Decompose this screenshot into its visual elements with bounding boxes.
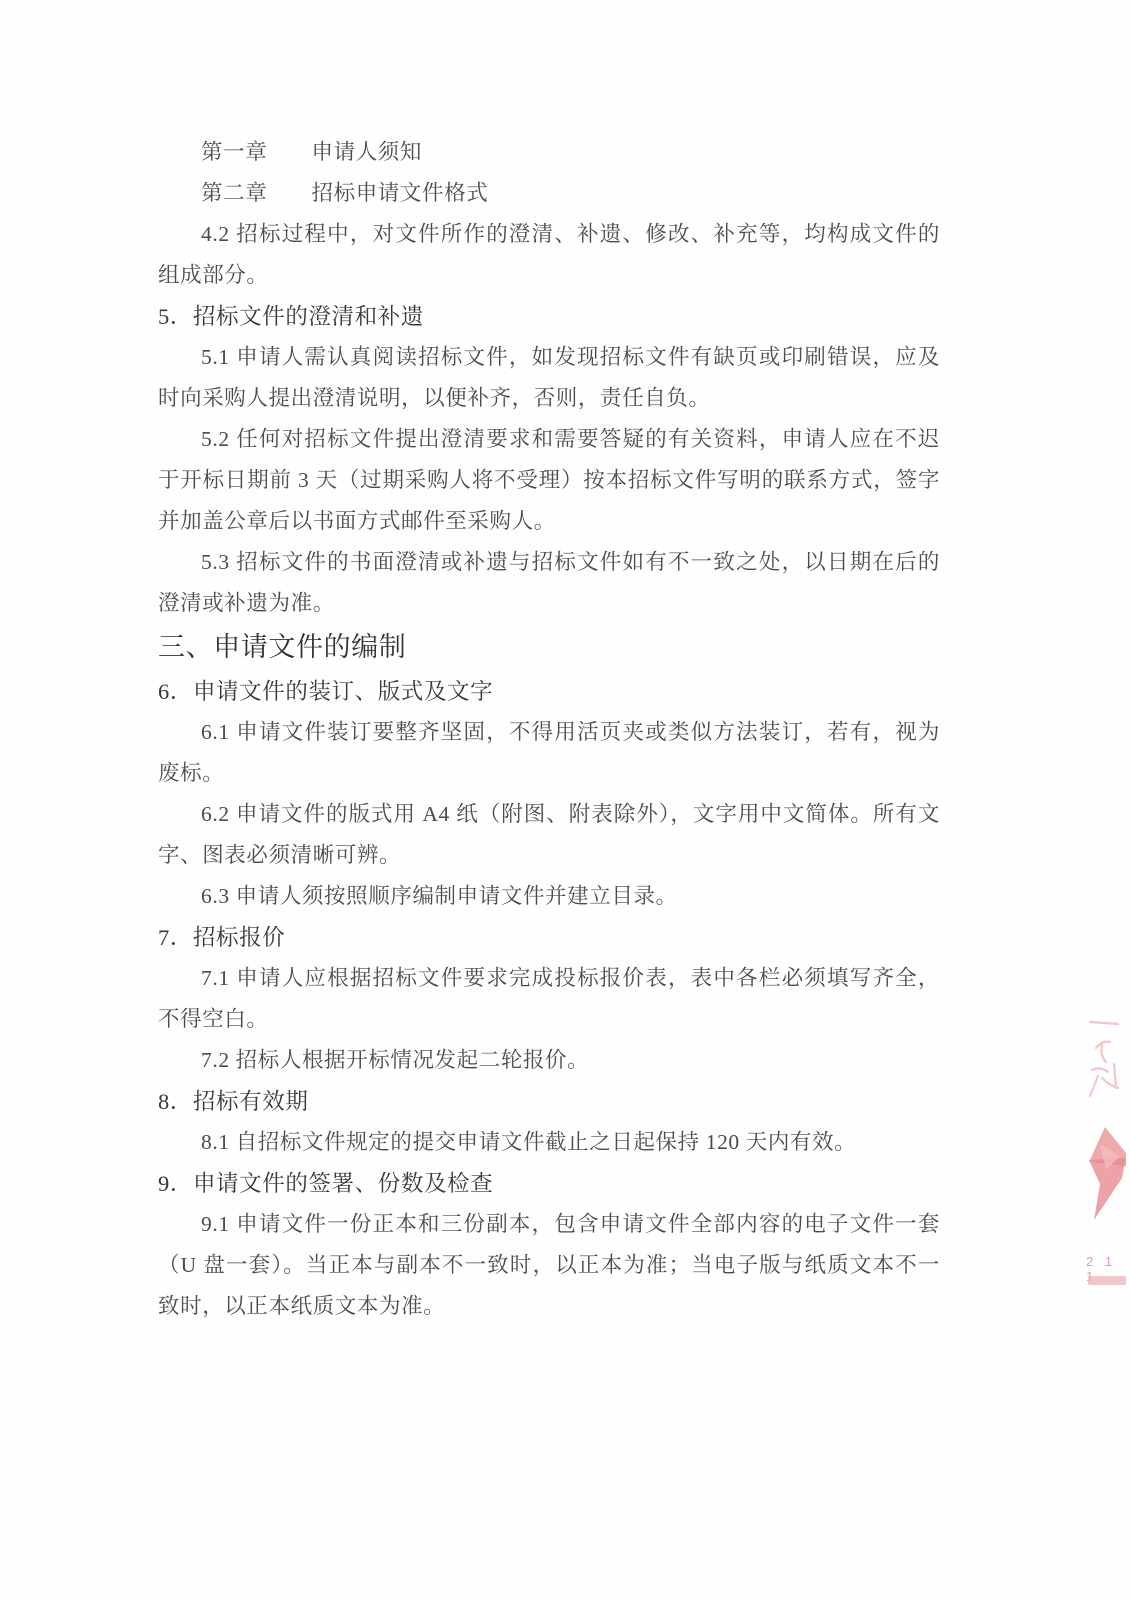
toc-line-chapter-2: 第二章 招标申请文件格式 xyxy=(158,173,940,214)
section-heading-3-preparation: 三、申请文件的编制 xyxy=(158,624,940,671)
para-4-2: 4.2 招标过程中，对文件所作的澄清、补遗、修改、补充等，均构成文件的组成部分。 xyxy=(158,214,940,296)
para-6-3: 6.3 申请人须按照顺序编制申请文件并建立目录。 xyxy=(158,876,940,917)
heading-6-binding: 6．申请文件的装订、版式及文字 xyxy=(158,671,940,712)
para-8-1: 8.1 自招标文件规定的提交申请文件截止之日起保持 120 天内有效。 xyxy=(158,1122,940,1163)
para-6-2: 6.2 申请文件的版式用 A4 纸（附图、附表除外），文字用中文简体。所有文字、… xyxy=(158,794,940,876)
para-6-1: 6.1 申请文件装订要整齐坚固，不得用活页夹或类似方法装订，若有，视为废标。 xyxy=(158,712,940,794)
heading-7-bid-price: 7．招标报价 xyxy=(158,917,940,958)
document-page: 第一章 申请人须知 第二章 招标申请文件格式 4.2 招标过程中，对文件所作的澄… xyxy=(0,0,1130,1600)
toc-line-chapter-1: 第一章 申请人须知 xyxy=(158,132,940,173)
page-content: 第一章 申请人须知 第二章 招标申请文件格式 4.2 招标过程中，对文件所作的澄… xyxy=(158,132,940,1327)
para-5-2: 5.2 任何对招标文件提出澄清要求和需要答疑的有关资料，申请人应在不迟于开标日期… xyxy=(158,419,940,542)
heading-9-signing: 9．申请文件的签署、份数及检查 xyxy=(158,1163,940,1204)
stamp-star-fragment-icon xyxy=(1086,1126,1128,1222)
heading-8-validity: 8．招标有效期 xyxy=(158,1081,940,1122)
para-5-3: 5.3 招标文件的书面澄清或补遗与招标文件如有不一致之处，以日期在后的澄清或补遗… xyxy=(158,542,940,624)
heading-5-clarification: 5．招标文件的澄清和补遗 xyxy=(158,296,940,337)
para-7-1: 7.1 申请人应根据招标文件要求完成投标报价表，表中各栏必须填写齐全，不得空白。 xyxy=(158,958,940,1040)
para-9-1: 9.1 申请文件一份正本和三份副本，包含申请文件全部内容的电子文件一套（U 盘一… xyxy=(158,1204,940,1327)
stamp-smudge-bar-icon xyxy=(1088,1276,1126,1285)
stamp-date-digits: 2 1 1 xyxy=(1086,1254,1130,1274)
para-7-2: 7.2 招标人根据开标情况发起二轮报价。 xyxy=(158,1040,940,1081)
para-5-1: 5.1 申请人需认真阅读招标文件，如发现招标文件有缺页或印刷错误，应及时向采购人… xyxy=(158,337,940,419)
stamp-seal-text-fragment-icon xyxy=(1062,1018,1124,1118)
